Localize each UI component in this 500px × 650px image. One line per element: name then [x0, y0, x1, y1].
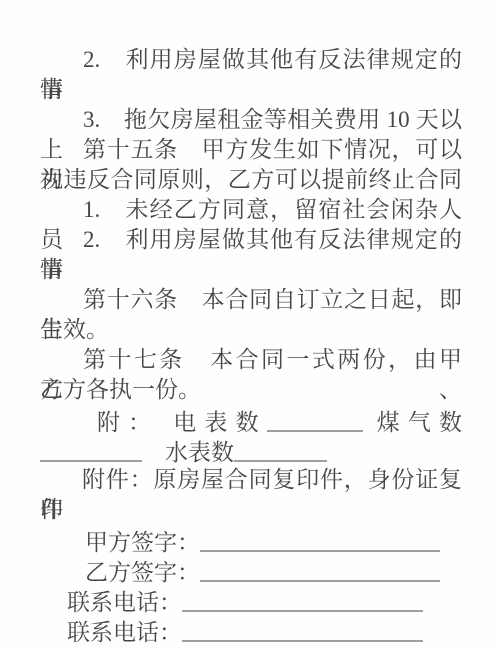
water-meter-value-blank — [234, 437, 327, 462]
text-run: 乙方各执一份。 — [40, 377, 201, 402]
clause15-item1-text: 1. 未经乙方同意，留宿社会闲杂人员 — [40, 195, 462, 225]
party-b-signature-blank — [200, 557, 440, 582]
clause15-heading-line2: 为违反合同原则，乙方可以提前终止合同 — [40, 165, 462, 195]
text-run: 水表数 — [142, 440, 234, 465]
contact-phone-line-b: 联系电话： — [40, 615, 462, 645]
text-run: 生效。 — [40, 317, 109, 342]
clause15-item2-text-line1: 2. 利用房屋做其他有反法律规定的事 — [40, 225, 462, 255]
rental-contract-document-page: 2. 利用房屋做其他有反法律规定的事情3. 拖欠房屋租金等相关费用 10 天以上… — [0, 0, 500, 650]
meter-readings-line1: 附： 电表数 煤气数 — [40, 405, 462, 435]
gas-meter-value-blank — [40, 437, 142, 462]
text-run: 件 — [40, 497, 63, 522]
contact-phone-line-a: 联系电话： — [40, 585, 462, 615]
attachments-line1: 附件：原房屋合同复印件，身份证复印 — [40, 465, 462, 495]
clause14-item2-text-line1: 2. 利用房屋做其他有反法律规定的事 — [40, 45, 462, 75]
clause14-item2-text-line2: 情 — [40, 75, 462, 105]
clause15-heading-line1: 第十五条 甲方发生如下情况，可以视 — [40, 135, 462, 165]
clause16-text-line2: 生效。 — [40, 315, 462, 345]
document-lines: 2. 利用房屋做其他有反法律规定的事情3. 拖欠房屋租金等相关费用 10 天以上… — [40, 45, 462, 645]
party-a-signature-blank — [200, 527, 440, 552]
clause14-item3-text: 3. 拖欠房屋租金等相关费用 10 天以上 — [40, 105, 462, 135]
text-run: 乙方签字： — [85, 560, 200, 585]
phone-a-blank — [182, 587, 423, 612]
text-run: 煤气数 — [363, 410, 462, 435]
text-run: 情 — [40, 257, 63, 282]
text-run: 附： 电表数 — [97, 410, 267, 435]
attachments-line2: 件 — [40, 495, 462, 525]
meter-readings-line2: 水表数 — [40, 435, 462, 465]
phone-b-blank — [182, 617, 423, 642]
text-run: 联系电话： — [67, 590, 182, 615]
text-run: 为违反合同原则，乙方可以提前终止合同 — [40, 167, 462, 192]
party-a-signature-line: 甲方签字： — [40, 525, 462, 555]
clause16-text-line1: 第十六条 本合同自订立之日起，即告 — [40, 285, 462, 315]
text-run: 情 — [40, 77, 63, 102]
electric-meter-value-blank — [267, 407, 363, 432]
party-b-signature-line: 乙方签字： — [40, 555, 462, 585]
clause17-text-line1: 第十七条 本合同一式两份，由甲方、 — [40, 345, 462, 375]
text-run: 甲方签字： — [85, 530, 200, 555]
text-run: 联系电话： — [67, 620, 182, 645]
clause15-item2-text-line2: 情 — [40, 255, 462, 285]
